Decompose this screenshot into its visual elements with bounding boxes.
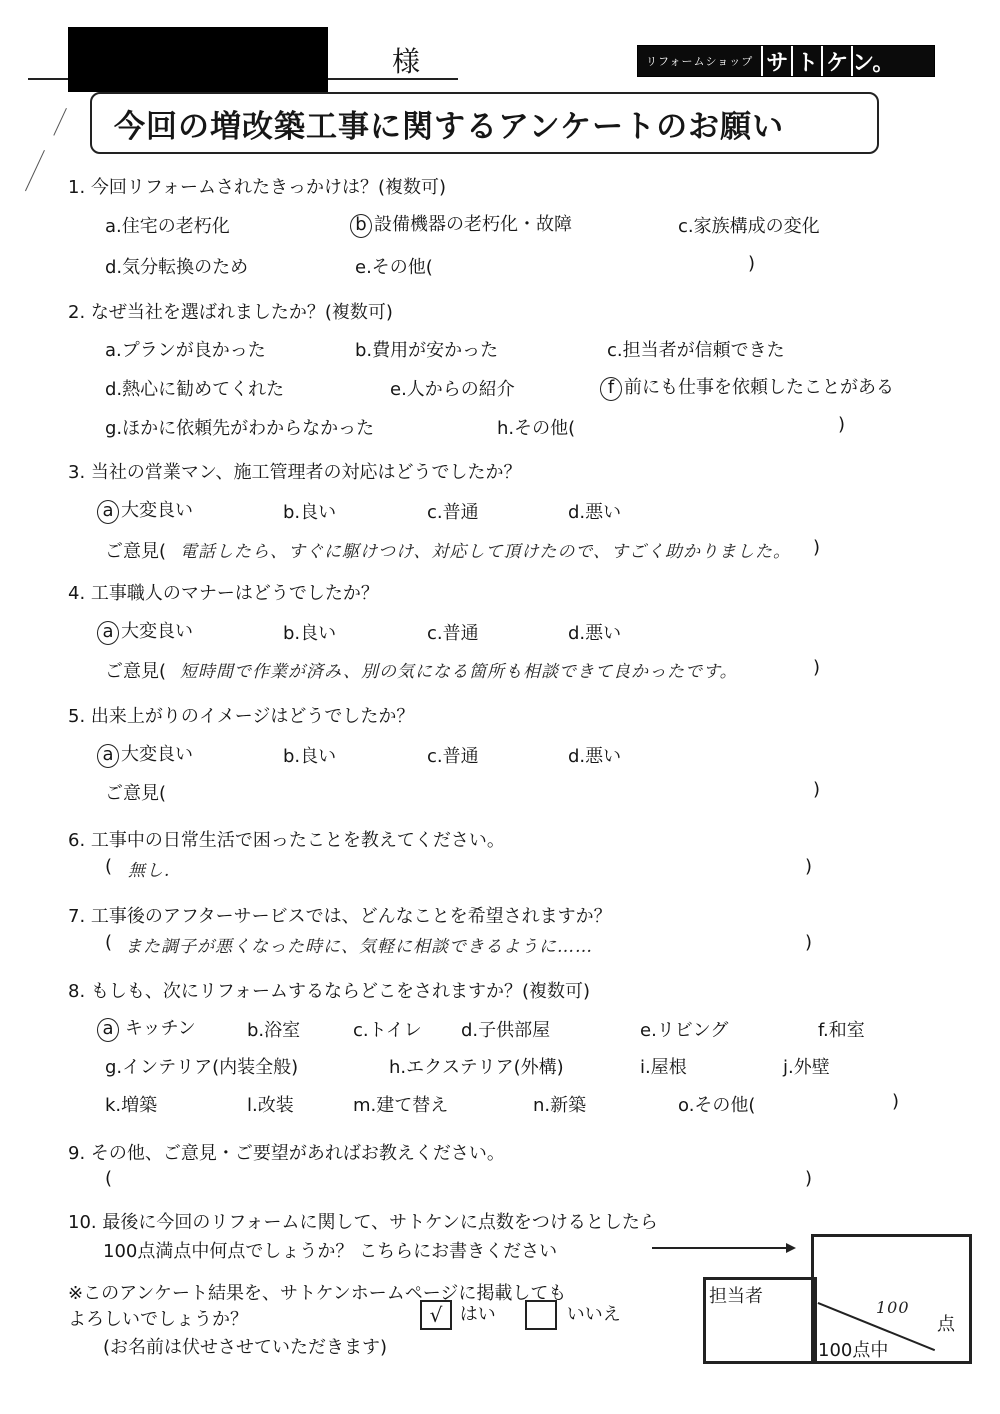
q6-open-paren: (: [105, 856, 112, 877]
company-logo: リフォームショップ サ ト ケ ン。: [637, 45, 935, 77]
option-label: キッチン: [125, 1018, 196, 1039]
option-label: トイレ: [369, 1020, 422, 1041]
q2-option-h[interactable]: h.その他(: [497, 414, 575, 440]
q8-close-paren: ): [892, 1091, 899, 1112]
q3-close-paren: ): [813, 537, 820, 558]
option-key: c.: [353, 1020, 369, 1041]
option-key: b.: [283, 623, 300, 644]
q4-option-d[interactable]: d.悪い: [568, 619, 621, 645]
q2-option-c[interactable]: c.担当者が信頼できた: [607, 336, 785, 362]
option-label: エクステリア(外構): [406, 1057, 564, 1078]
q7-answer-field[interactable]: また調子が悪くなった時に、気軽に相談できるように……: [125, 932, 593, 957]
q6-close-paren: ): [805, 856, 812, 877]
honorific: 様: [392, 40, 420, 80]
q4-close-paren: ): [813, 657, 820, 678]
score-value: 100: [876, 1298, 910, 1317]
q9-open-paren: (: [105, 1168, 112, 1189]
selected-circle-icon: a: [97, 1018, 119, 1042]
q1-option-a[interactable]: a.住宅の老朽化: [105, 212, 230, 238]
q3-comment-field[interactable]: 電話したら、すぐに駆けつけ、対応して頂けたので、すごく助かりました。: [180, 537, 791, 562]
option-key: b.: [247, 1020, 264, 1041]
q3-option-a-selected[interactable]: a大変良い: [97, 496, 193, 524]
option-key: f.: [818, 1020, 829, 1041]
option-key: h.: [389, 1057, 406, 1078]
q4-comment-label: ご意見(: [105, 657, 166, 683]
option-key: e.: [390, 379, 407, 400]
option-label: 大変良い: [121, 621, 193, 642]
question-9: 9. その他、ご意見・ご要望があればお教えください。: [68, 1139, 505, 1165]
q8-option-i[interactable]: i.屋根: [640, 1053, 687, 1079]
q5-option-a-selected[interactable]: a大変良い: [97, 740, 193, 768]
option-label: 大変良い: [121, 500, 193, 521]
option-key: a.: [105, 216, 122, 237]
option-label: 屋根: [651, 1057, 687, 1078]
q8-option-e[interactable]: e.リビング: [640, 1016, 728, 1042]
consent-no-label: いいえ: [567, 1304, 621, 1325]
q2-close-paren: ): [838, 414, 845, 435]
consent-line2: よろしいでしょうか？: [68, 1305, 248, 1331]
selected-circle-icon: f: [600, 377, 622, 401]
q5-comment-field[interactable]: [180, 779, 780, 801]
q7-close-paren: ): [805, 932, 812, 953]
option-label: 悪い: [585, 746, 621, 767]
logo-char: ト: [791, 46, 821, 76]
q5-close-paren: ): [813, 779, 820, 800]
q6-answer-field[interactable]: 無し.: [128, 856, 170, 881]
consent-yes-label: はい: [460, 1304, 496, 1325]
option-key: d.: [105, 379, 122, 400]
option-key: b.: [283, 746, 300, 767]
selected-circle-icon: a: [97, 500, 119, 524]
question-10-line1: 10. 最後に今回のリフォームに関して、サトケンに点数をつけるとしたら: [68, 1208, 658, 1234]
option-key: i.: [640, 1057, 651, 1078]
q8-option-c[interactable]: c.トイレ: [353, 1016, 422, 1042]
option-label: 浴室: [264, 1020, 300, 1041]
option-key: d.: [461, 1020, 478, 1041]
consent-no-checkbox[interactable]: [525, 1300, 557, 1330]
score-unit: 点: [937, 1310, 955, 1336]
option-label: 新築: [550, 1095, 586, 1116]
option-key: c.: [427, 623, 443, 644]
option-label: 普通: [443, 746, 479, 767]
option-label: 建て替え: [376, 1095, 448, 1116]
option-label: 気分転換のため: [122, 257, 248, 278]
option-label: ほかに依頼先がわからなかった: [122, 418, 374, 439]
option-label: 子供部屋: [478, 1020, 550, 1041]
q8-option-o[interactable]: o.その他(: [678, 1091, 755, 1117]
option-key: k.: [105, 1095, 121, 1116]
q9-answer-field[interactable]: [125, 1168, 785, 1190]
option-label: 大変良い: [121, 744, 193, 765]
selected-circle-icon: a: [97, 621, 119, 645]
arrow-line: [652, 1247, 788, 1249]
option-label: 普通: [443, 623, 479, 644]
option-label: リビング: [657, 1020, 729, 1041]
q8-option-b[interactable]: b.浴室: [247, 1016, 300, 1042]
q2-option-f-selected[interactable]: f前にも仕事を依頼したことがある: [600, 373, 894, 401]
option-key: e.: [640, 1020, 657, 1041]
option-key: n.: [533, 1095, 550, 1116]
question-3: 3. 当社の営業マン、施工管理者の対応はどうでしたか？: [68, 458, 521, 484]
option-label: 担当者が信頼できた: [623, 340, 785, 361]
q2-option-g[interactable]: g.ほかに依頼先がわからなかった: [105, 414, 374, 440]
logo-char: ン。: [851, 46, 893, 76]
q4-option-a-selected[interactable]: a大変良い: [97, 617, 193, 645]
q4-comment-field[interactable]: 短時間で作業が済み、別の気になる箇所も相談できて良かったです。: [180, 657, 738, 682]
q8-option-g[interactable]: g.インテリア(内装全般): [105, 1053, 298, 1079]
consent-note: (お名前は伏せさせていただきます): [103, 1333, 387, 1359]
option-key: d.: [568, 623, 585, 644]
q8-option-a-selected[interactable]: aキッチン: [97, 1014, 196, 1042]
option-key: l.: [247, 1095, 258, 1116]
option-key: g.: [105, 1057, 122, 1078]
option-key: c.: [427, 746, 443, 767]
option-label: 外壁: [794, 1057, 830, 1078]
option-key: c.: [427, 502, 443, 523]
q5-option-c[interactable]: c.普通: [427, 742, 479, 768]
q3-comment-label: ご意見(: [105, 537, 166, 563]
option-label: 良い: [300, 502, 336, 523]
q1-close-paren: ): [748, 253, 755, 274]
option-key: d.: [568, 746, 585, 767]
question-6: 6. 工事中の日常生活で困ったことを教えてください。: [68, 826, 505, 852]
option-label: 普通: [443, 502, 479, 523]
q3-option-b[interactable]: b.良い: [283, 498, 336, 524]
consent-yes-option[interactable]: √ はい: [420, 1300, 496, 1330]
q2-option-d[interactable]: d.熱心に勧めてくれた: [105, 375, 284, 401]
q8-option-j[interactable]: j.外壁: [783, 1053, 830, 1079]
option-key: b.: [355, 340, 372, 361]
option-label: 人からの紹介: [407, 379, 515, 400]
selected-circle-icon: b: [350, 214, 372, 238]
option-label: 悪い: [585, 502, 621, 523]
q3-option-d[interactable]: d.悪い: [568, 498, 621, 524]
q4-option-c[interactable]: c.普通: [427, 619, 479, 645]
option-label: その他(: [372, 257, 433, 278]
question-7: 7. 工事後のアフターサービスでは、どんなことを希望されますか？: [68, 902, 612, 928]
question-1: 1. 今回リフォームされたきっかけは？(複数可): [68, 173, 446, 199]
q8-option-k[interactable]: k.増築: [105, 1091, 157, 1117]
option-label: 設備機器の老朽化・故障: [374, 214, 572, 235]
logo-char: ケ: [821, 46, 851, 76]
consent-yes-checkbox[interactable]: √: [420, 1300, 452, 1330]
option-label: その他(: [694, 1095, 755, 1116]
page-title: 今回の増改築工事に関するアンケートのお願い: [90, 92, 879, 154]
arrow-right-icon: [786, 1243, 796, 1253]
option-key: d.: [568, 502, 585, 523]
redacted-customer-name: [68, 27, 328, 92]
q5-option-b[interactable]: b.良い: [283, 742, 336, 768]
q8-option-n[interactable]: n.新築: [533, 1091, 586, 1117]
option-label: 家族構成の変化: [694, 216, 820, 237]
q8-option-f[interactable]: f.和室: [818, 1016, 865, 1042]
question-2: 2. なぜ当社を選ばれましたか？(複数可): [68, 298, 393, 324]
margin-mark: [53, 108, 67, 136]
q2-option-b[interactable]: b.費用が安かった: [355, 336, 498, 362]
option-label: 増築: [121, 1095, 157, 1116]
score-out-of: 100点中: [818, 1336, 888, 1362]
option-key: g.: [105, 418, 122, 439]
page-title-text: 今回の増改築工事に関するアンケートのお願い: [114, 101, 784, 146]
q8-option-d[interactable]: d.子供部屋: [461, 1016, 550, 1042]
q1-option-e[interactable]: e.その他(: [355, 253, 433, 279]
q1-option-d[interactable]: d.気分転換のため: [105, 253, 248, 279]
q2-option-a[interactable]: a.プランが良かった: [105, 336, 266, 362]
option-key: j.: [783, 1057, 794, 1078]
option-label: 良い: [300, 746, 336, 767]
option-label: 改装: [258, 1095, 294, 1116]
question-5: 5. 出来上がりのイメージはどうでしたか？: [68, 702, 414, 728]
option-key: o.: [678, 1095, 694, 1116]
option-key: b.: [283, 502, 300, 523]
staff-label: 担当者: [709, 1282, 763, 1308]
logo-char: サ: [761, 46, 791, 76]
option-label: 住宅の老朽化: [122, 216, 230, 237]
question-4: 4. 工事職人のマナーはどうでしたか？: [68, 579, 379, 605]
option-label: 和室: [829, 1020, 865, 1041]
option-label: その他(: [514, 418, 575, 439]
q1-option-b-selected[interactable]: b設備機器の老朽化・故障: [350, 210, 572, 238]
q7-open-paren: (: [105, 932, 112, 953]
logo-subtitle: リフォームショップ: [638, 46, 761, 76]
selected-circle-icon: a: [97, 744, 119, 768]
q8-option-h[interactable]: h.エクステリア(外構): [389, 1053, 564, 1079]
q9-close-paren: ): [805, 1168, 812, 1189]
question-8: 8. もしも、次にリフォームするならどこをされますか？(複数可): [68, 977, 590, 1003]
q2-option-e[interactable]: e.人からの紹介: [390, 375, 515, 401]
q8-option-m[interactable]: m.建て替え: [353, 1091, 448, 1117]
option-label: 費用が安かった: [372, 340, 498, 361]
q1-option-c[interactable]: c.家族構成の変化: [678, 212, 820, 238]
option-label: 熱心に勧めてくれた: [122, 379, 284, 400]
question-10-line2: 100点満点中何点でしょうか？ こちらにお書きください: [103, 1237, 557, 1263]
option-key: e.: [355, 257, 372, 278]
option-label: 良い: [300, 623, 336, 644]
option-key: c.: [678, 216, 694, 237]
option-key: m.: [353, 1095, 376, 1116]
q4-option-b[interactable]: b.良い: [283, 619, 336, 645]
option-key: c.: [607, 340, 623, 361]
q5-option-d[interactable]: d.悪い: [568, 742, 621, 768]
margin-mark: [25, 150, 45, 191]
option-key: h.: [497, 418, 514, 439]
option-label: 悪い: [585, 623, 621, 644]
consent-no-option[interactable]: いいえ: [525, 1300, 621, 1330]
option-label: プランが良かった: [122, 340, 266, 361]
q3-option-c[interactable]: c.普通: [427, 498, 479, 524]
q5-comment-label: ご意見(: [105, 779, 166, 805]
q8-option-l[interactable]: l.改装: [247, 1091, 294, 1117]
option-key: a.: [105, 340, 122, 361]
option-label: インテリア(内装全般): [122, 1057, 298, 1078]
option-key: d.: [105, 257, 122, 278]
option-label: 前にも仕事を依頼したことがある: [624, 377, 894, 398]
